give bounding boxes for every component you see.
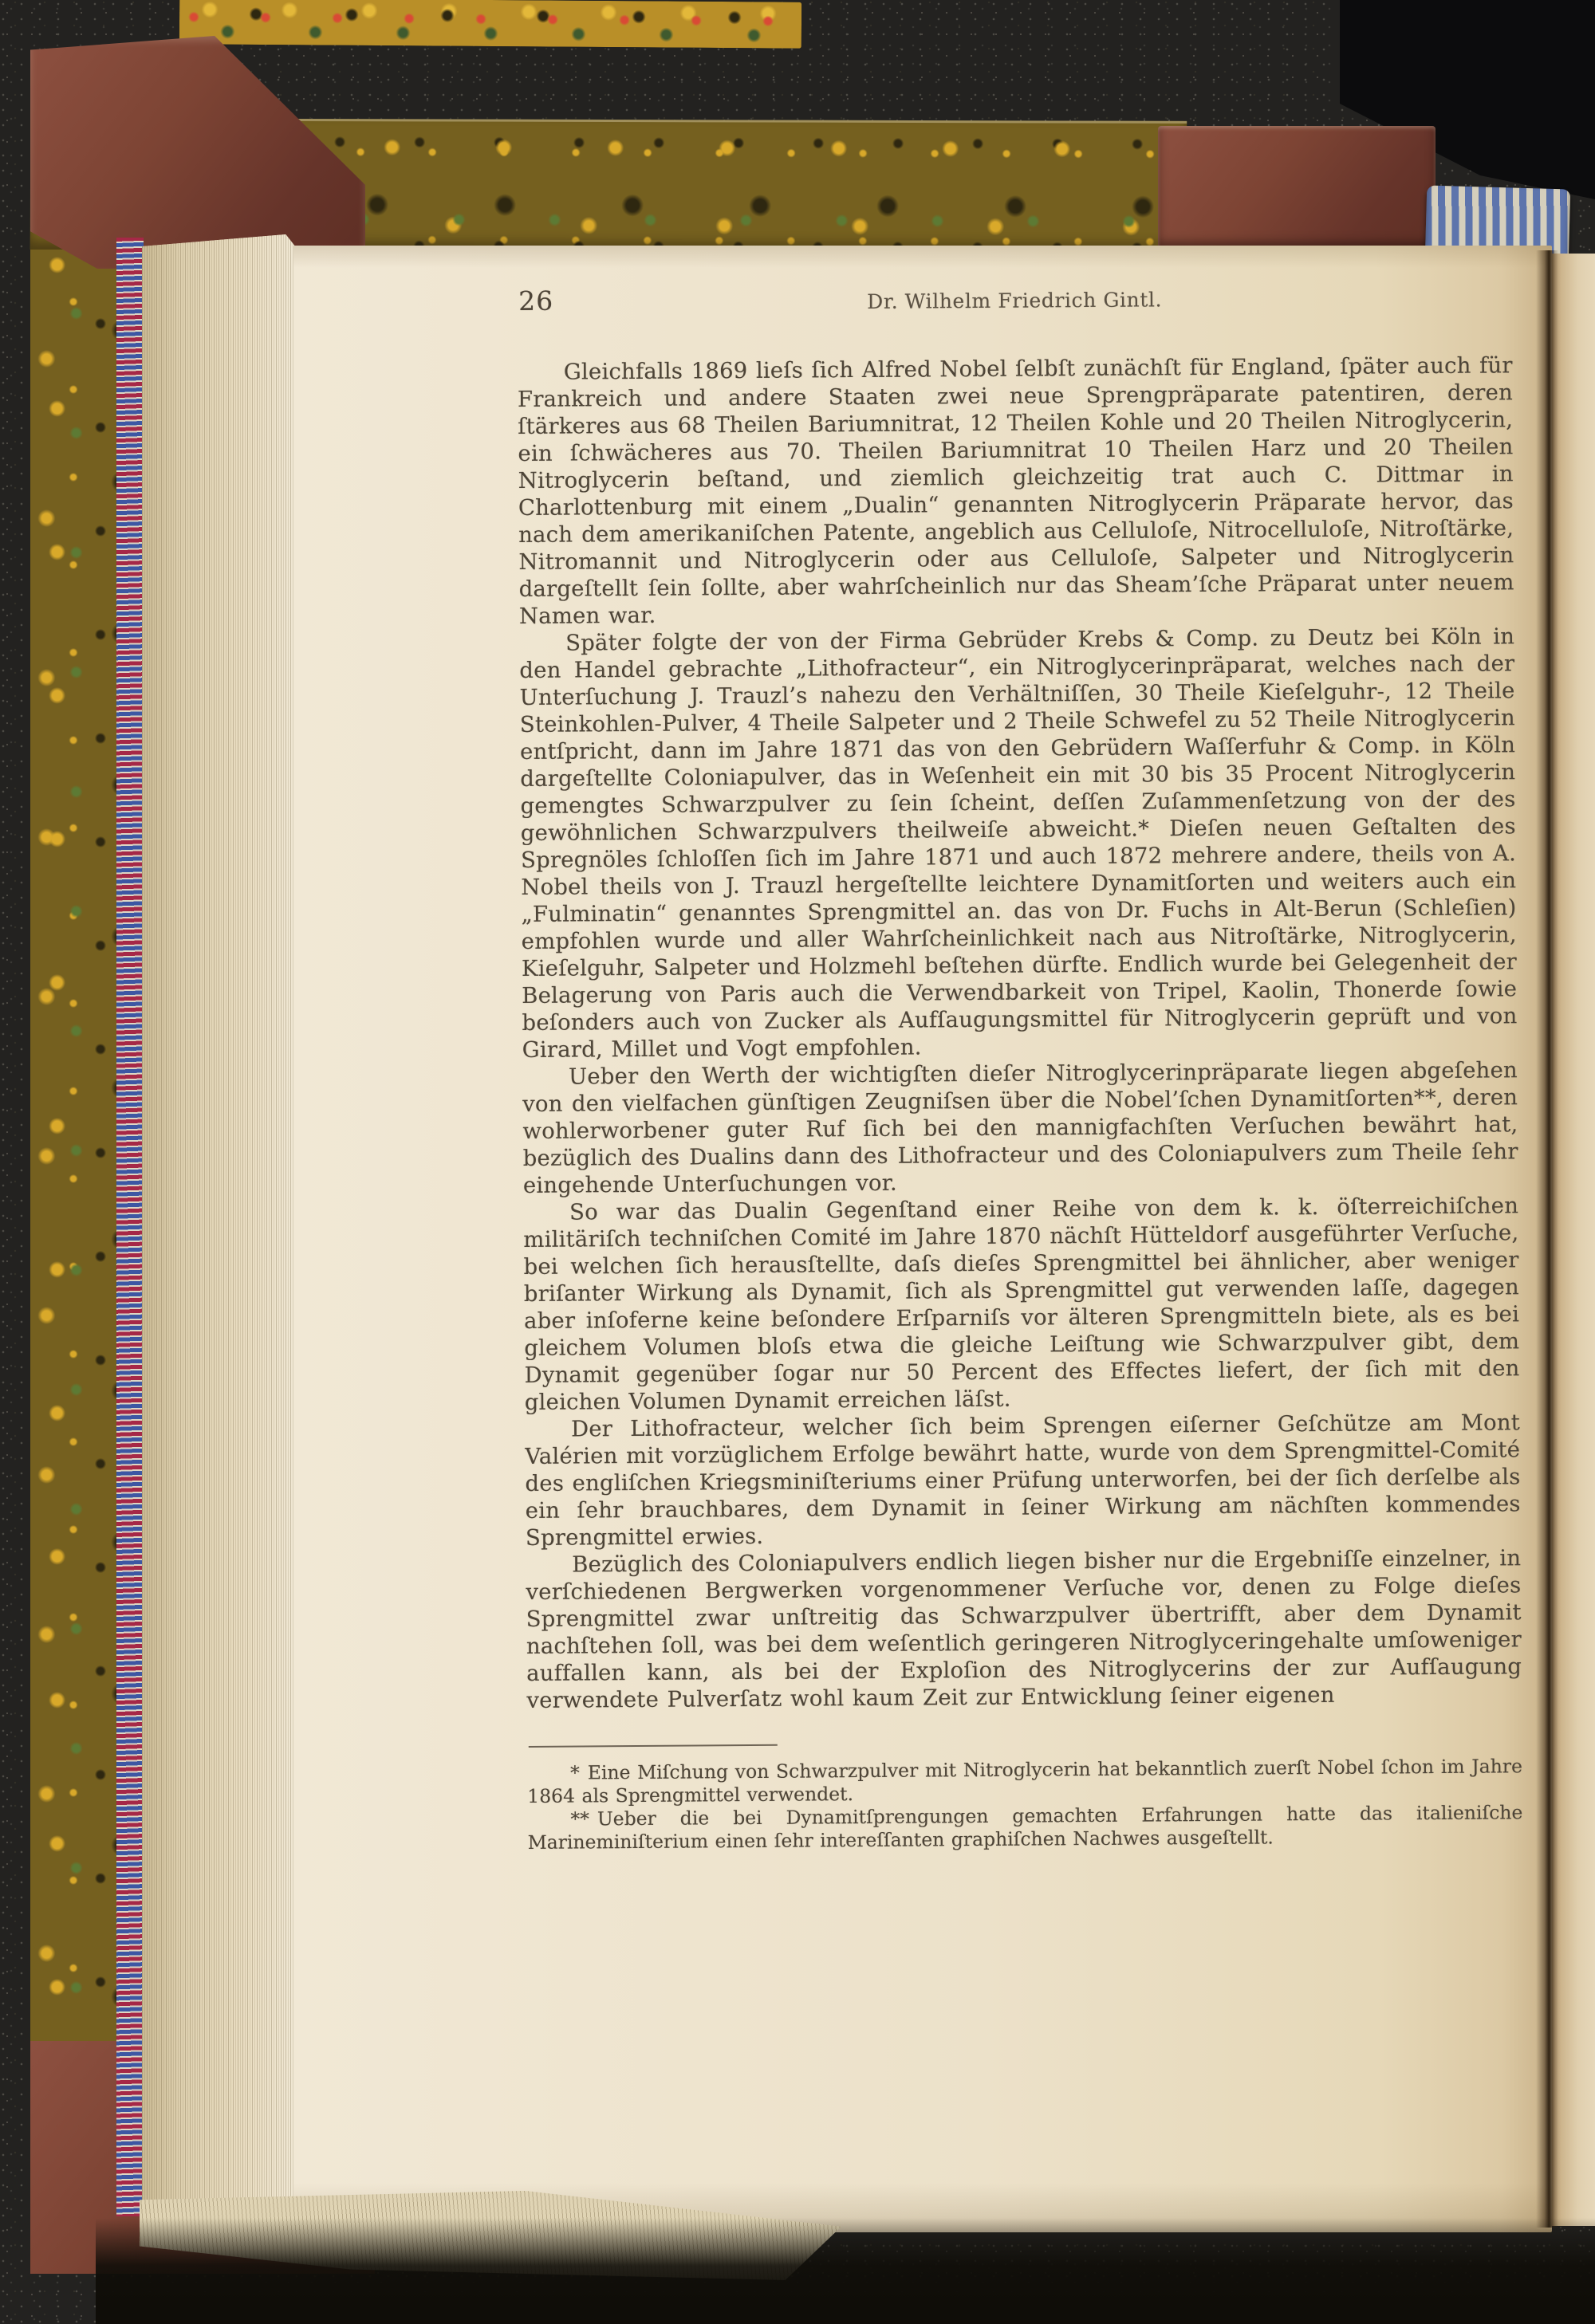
footnote-separator [529,1744,778,1748]
running-header: Dr. Wilhelm Friedrich Gintl. [517,285,1512,316]
leather-corner-top-left [30,36,365,269]
paragraph: Später folgte der von der Firma Gebrüder… [519,623,1518,1064]
top-edge-marble-band [179,0,801,49]
footnote-marker: ** [570,1807,597,1830]
paragraph: Der Lithofracteur, welcher ſich beim Spr… [525,1409,1521,1551]
paragraph: Gleichfalls 1869 lieſs ſich Alfred Nobel… [518,352,1514,630]
facing-page-sliver [1552,254,1595,2226]
marbled-page-edge-strip [116,238,144,2216]
page-text-block: 26 Dr. Wilhelm Friedrich Gintl. Gleichfa… [517,278,1523,1854]
footnote: **Ueber die bei Dynamitſprengungen gemac… [527,1801,1522,1854]
paragraph: So war das Dualin Gegenſtand einer Reihe… [523,1192,1520,1416]
marbled-cover-left-edge [30,96,126,2266]
footnote-text: Eine Miſchung von Schwarzpulver mit Nitr… [527,1755,1522,1807]
book-photo-scene: 26 Dr. Wilhelm Friedrich Gintl. Gleichfa… [0,0,1595,2324]
footnote-marker: * [570,1761,588,1783]
footnote-text: Ueber die bei Dynamitſprengungen gemacht… [528,1801,1523,1854]
footnote: *Eine Miſchung von Schwarzpulver mit Nit… [527,1755,1522,1808]
bottom-shadow [96,2218,1595,2324]
page-gutter [1536,250,1558,2228]
page-stack-fore-edge [142,234,298,2229]
paragraph: Ueber den Werth der wichtigſten dieſer N… [522,1056,1518,1199]
page-masthead: 26 Dr. Wilhelm Friedrich Gintl. [517,278,1512,327]
spine-leather-top [1158,126,1435,250]
paragraph: Bezüglich des Coloniapulvers endlich lie… [526,1544,1522,1714]
